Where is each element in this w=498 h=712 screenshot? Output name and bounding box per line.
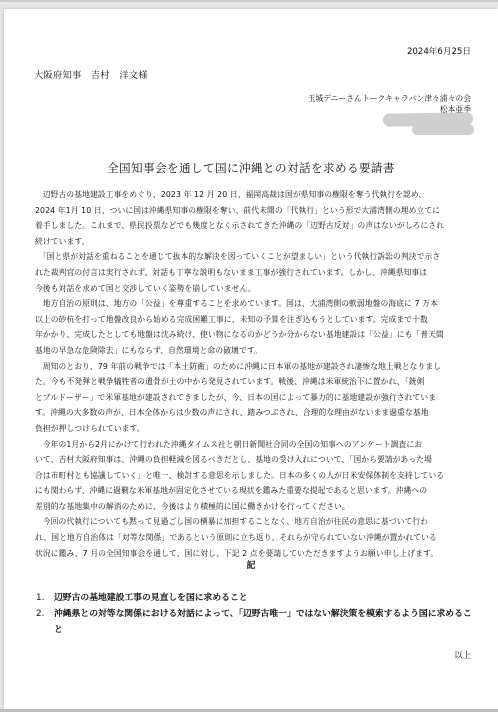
text-line: 合は市町村とも協議していく」と唯一、検討する意思を示しました。日本の多くの人が日… — [27, 468, 473, 484]
text-line: 辺野古の基地建設工事をめぐり、2023 年 12 月 20 日、福岡高裁は国が県… — [35, 187, 473, 203]
text-line: 以上の砂杭を打って地盤改良から始める完成困難工事に、未知の予算を注ぎ込もうとして… — [27, 312, 473, 328]
addressee: 大阪府知事 吉村 洋文様 — [34, 67, 148, 81]
ki-heading: 記 — [4, 558, 498, 571]
text-line: 基地の早急な危険除去」にもならず、自然環境と命の破壊です。 — [27, 343, 473, 359]
request-number: 1. — [36, 590, 54, 606]
paragraph: 周知のとおり、79 年前の戦争では「本土防衛」のために沖縄に日本軍の基地が建設さ… — [35, 359, 473, 437]
sender-organization: 玉城デニーさんトークキャラバン津々浦々の会 — [308, 93, 471, 104]
document-page: 2024年6月25日 大阪府知事 吉村 洋文様 玉城デニーさんトークキャラバン津… — [4, 9, 498, 709]
document-date: 2024年6月25日 — [407, 45, 471, 57]
text-line: 地方自治の原則は、地方の「公益」を尊重することを求めています。国は、大浦湾側の軟… — [35, 296, 473, 312]
text-line: 続けています。 — [27, 234, 473, 250]
viewer-top-border — [0, 0, 498, 2]
paragraph: 地方自治の原則は、地方の「公益」を尊重することを求めています。国は、大浦湾側の軟… — [35, 296, 473, 358]
text-line: 2024 年1月 10 日、ついに国は沖縄県知事の権限を奪い、前代未聞の「代執行… — [27, 203, 473, 219]
text-line: 着手しました。これまで、県民投票などでも幾度となく示されてきた沖縄の「辺野古反対… — [27, 218, 473, 234]
paragraph: 今回の代執行についても黙って見過ごし国の横暴に加担することなく、地方自治が住民の… — [35, 514, 473, 561]
text-line: 今回の代執行についても黙って見過ごし国の横暴に加担することなく、地方自治が住民の… — [35, 514, 473, 530]
text-line: す。沖縄の大多数の声が、日本全体からは少数の声にされ、踏みつぶされ、合理的な理由… — [27, 405, 473, 421]
text-line: 周知のとおり、79 年前の戦争では「本土防衛」のために沖縄に日本軍の基地が建設さ… — [35, 359, 473, 375]
request-number: 2. — [36, 606, 54, 638]
text-line: 今年の1月から2月にかけて行われた沖縄タイムス社と朝日新聞社合同の全国の知事への… — [35, 437, 473, 453]
request-item: 1. 辺野古の基地建設工事の見直しを国に求めること — [36, 590, 476, 606]
closing-mark: 以上 — [454, 649, 471, 661]
paragraph: 「国と県が対話を重ねることを通じて抜本的な解決を図っていくことが望ましい」という… — [35, 249, 473, 296]
text-line: 今後も対話を求めて国と交渉していく姿勢を崩していません。 — [27, 281, 473, 297]
text-line: れ、国と地方自治体は「対等な関係」であるという原則に立ち返り、それらが守られてい… — [27, 530, 473, 546]
text-line: 「国と県が対話を重ねることを通じて抜本的な解決を図っていくことが望ましい」という… — [31, 249, 473, 265]
text-line: いて、吉村大阪府知事は、沖縄の負担軽減を図るべきだとし、基地の受け入れについて、… — [27, 452, 473, 468]
text-line: 差別的な基地集中の解消のために、今後はより積極的に国に働きかけを行ってください。 — [27, 499, 473, 515]
request-text: 沖縄県との対等な関係における対話によって、「辺野古唯一」ではない解決策を模索する… — [54, 606, 476, 638]
text-line: にも関わらず、沖縄に過剰な米軍基地が固定化させている現状を鑑みた重要な提起である… — [27, 483, 473, 499]
text-line: 負担が押しつけられています。 — [27, 421, 473, 437]
document-title: 全国知事会を通して国に沖縄との対話を求める要請書 — [4, 160, 498, 176]
text-line: た。今も不発弾と戦争犠牲者の遺骨が土の中から発見されています。戦後、沖縄は米軍統… — [27, 374, 473, 390]
text-line: 年かかり、完成したとしても地盤は沈み続け、使い物になるのかどうか分からない基地建… — [27, 327, 473, 343]
text-line: れた裁判官の付言は実行されず、対話も丁寧な説明もないまま工事が強行されています。… — [27, 265, 473, 281]
paragraph: 今年の1月から2月にかけて行われた沖縄タイムス社と朝日新聞社合同の全国の知事への… — [35, 437, 473, 515]
request-list: 1. 辺野古の基地建設工事の見直しを国に求めること 2. 沖縄県との対等な関係に… — [36, 590, 476, 638]
paragraph: 辺野古の基地建設工事をめぐり、2023 年 12 月 20 日、福岡高裁は国が県… — [35, 187, 473, 249]
text-line: とブルドーザー」で米軍基地が建設されてきましたが、今、日本の国によって暴力的に基… — [27, 390, 473, 406]
redaction-mark — [412, 124, 474, 135]
document-body: 辺野古の基地建設工事をめぐり、2023 年 12 月 20 日、福岡高裁は国が県… — [35, 187, 473, 561]
request-item: 2. 沖縄県との対等な関係における対話によって、「辺野古唯一」ではない解決策を模… — [36, 606, 476, 638]
request-text: 辺野古の基地建設工事の見直しを国に求めること — [54, 590, 476, 606]
